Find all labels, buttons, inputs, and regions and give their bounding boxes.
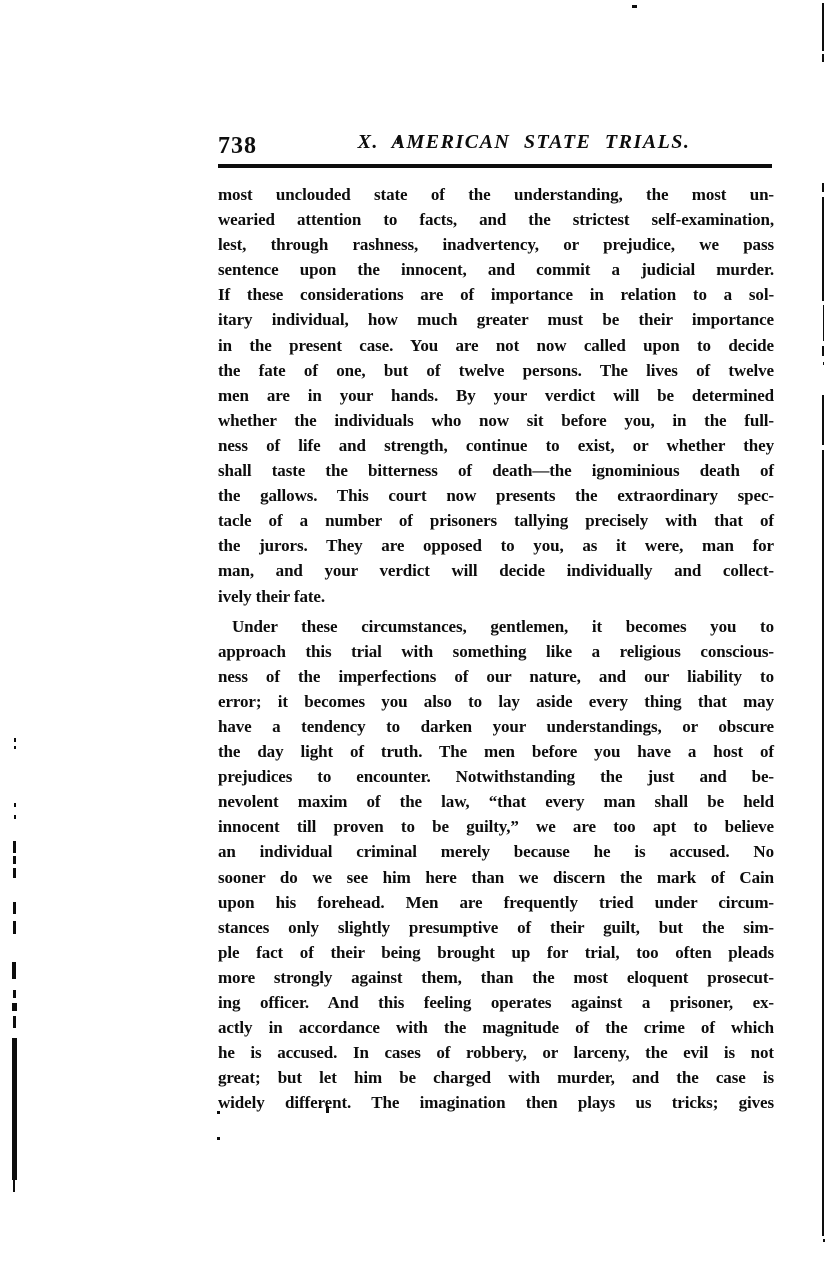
text-line: stances only slightly presumptive of the… [218,915,774,940]
text-line: he is accused. In cases of robbery, or l… [218,1040,774,1065]
text-line: an individual criminal merely because he… [218,839,774,864]
text-line: innocent till proven to be guilty,” we a… [218,814,774,839]
paragraph: Under these circumstances, gentlemen, it… [218,614,774,1116]
text-line: error; it becomes you also to lay aside … [218,689,774,714]
text-line: ing officer. And this feeling operates a… [218,990,774,1015]
text-line: lest, through rashness, inadvertency, or… [218,232,774,257]
text-line: more strongly against them, than the mos… [218,965,774,990]
text-line: the jurors. They are opposed to you, as … [218,533,774,558]
text-line: the fate of one, but of twelve persons. … [218,358,774,383]
scan-artifact [14,815,16,819]
scan-artifact [397,137,399,144]
scan-artifact [822,346,824,356]
text-line: the day light of truth. The men before y… [218,739,774,764]
text-line: nevolent maxim of the law, “that every m… [218,789,774,814]
text-line: have a tendency to darken your understan… [218,714,774,739]
body-text: most unclouded state of the understandin… [218,182,774,1115]
text-line: men are in your hands. By your verdict w… [218,383,774,408]
page-header: 738 X. AMERICAN STATE TRIALS. [218,131,774,161]
text-line: actly in accordance with the magnitude o… [218,1015,774,1040]
scan-artifact [13,921,16,934]
text-line: ness of life and strength, continue to e… [218,433,774,458]
text-line: in the present case. You are not now cal… [218,333,774,358]
scan-artifact [14,803,16,807]
running-title: X. AMERICAN STATE TRIALS. [218,131,774,154]
text-line: wearied attention to facts, and the stri… [218,207,774,232]
text-line: tacle of a number of prisoners tallying … [218,508,774,533]
scan-artifact [823,362,824,365]
paragraph: most unclouded state of the understandin… [218,182,774,609]
scan-artifact [822,54,824,62]
text-line: upon his forehead. Men are frequently tr… [218,890,774,915]
text-line: ively their fate. [218,584,774,609]
scan-artifact [822,450,824,1236]
text-line: If these considerations are of importanc… [218,282,774,307]
text-line: man, and your verdict will decide indivi… [218,558,774,583]
scan-artifact [823,305,824,341]
scan-artifact [823,1239,825,1242]
scan-artifact [822,395,824,445]
text-line: ple fact of their being brought up for t… [218,940,774,965]
text-line: sooner do we see him here than we discer… [218,865,774,890]
page-number: 738 [218,133,257,160]
text-line: sentence upon the innocent, and commit a… [218,257,774,282]
scan-artifact [12,1038,17,1180]
scan-artifact [217,1111,220,1114]
scan-artifact [13,868,16,878]
header-rule [218,164,772,168]
scan-artifact [822,183,824,192]
scan-artifact [326,1106,329,1113]
text-line: itary individual, how much greater must … [218,307,774,332]
text-line: prejudices to encounter. Notwithstanding… [218,764,774,789]
scan-artifact [13,1016,16,1028]
text-line: whether the individuals who now sit befo… [218,408,774,433]
text-line: widely different. The imagination then p… [218,1090,774,1115]
scan-artifact [822,197,824,301]
scan-artifact [217,1137,220,1140]
scan-artifact [13,902,16,914]
scan-artifact [13,1180,15,1192]
scan-artifact [14,746,16,749]
scan-artifact [13,990,16,998]
text-line: most unclouded state of the understandin… [218,182,774,207]
text-line: approach this trial with something like … [218,639,774,664]
text-line: great; but let him be charged with murde… [218,1065,774,1090]
scan-artifact [12,1003,17,1011]
text-line: shall taste the bitterness of death—the … [218,458,774,483]
text-line: the gallows. This court now presents the… [218,483,774,508]
scan-artifact [12,962,16,979]
text-line: Under these circumstances, gentlemen, it… [218,614,774,639]
text-line: ness of the imperfections of our nature,… [218,664,774,689]
scan-artifact [13,841,16,853]
scan-artifact [13,856,16,864]
scanned-book-page: 738 X. AMERICAN STATE TRIALS. most unclo… [0,0,836,1284]
scan-artifact [14,738,16,742]
scan-artifact [822,3,824,51]
text-column: 738 X. AMERICAN STATE TRIALS. most unclo… [218,131,774,1115]
scan-artifact [632,5,637,8]
